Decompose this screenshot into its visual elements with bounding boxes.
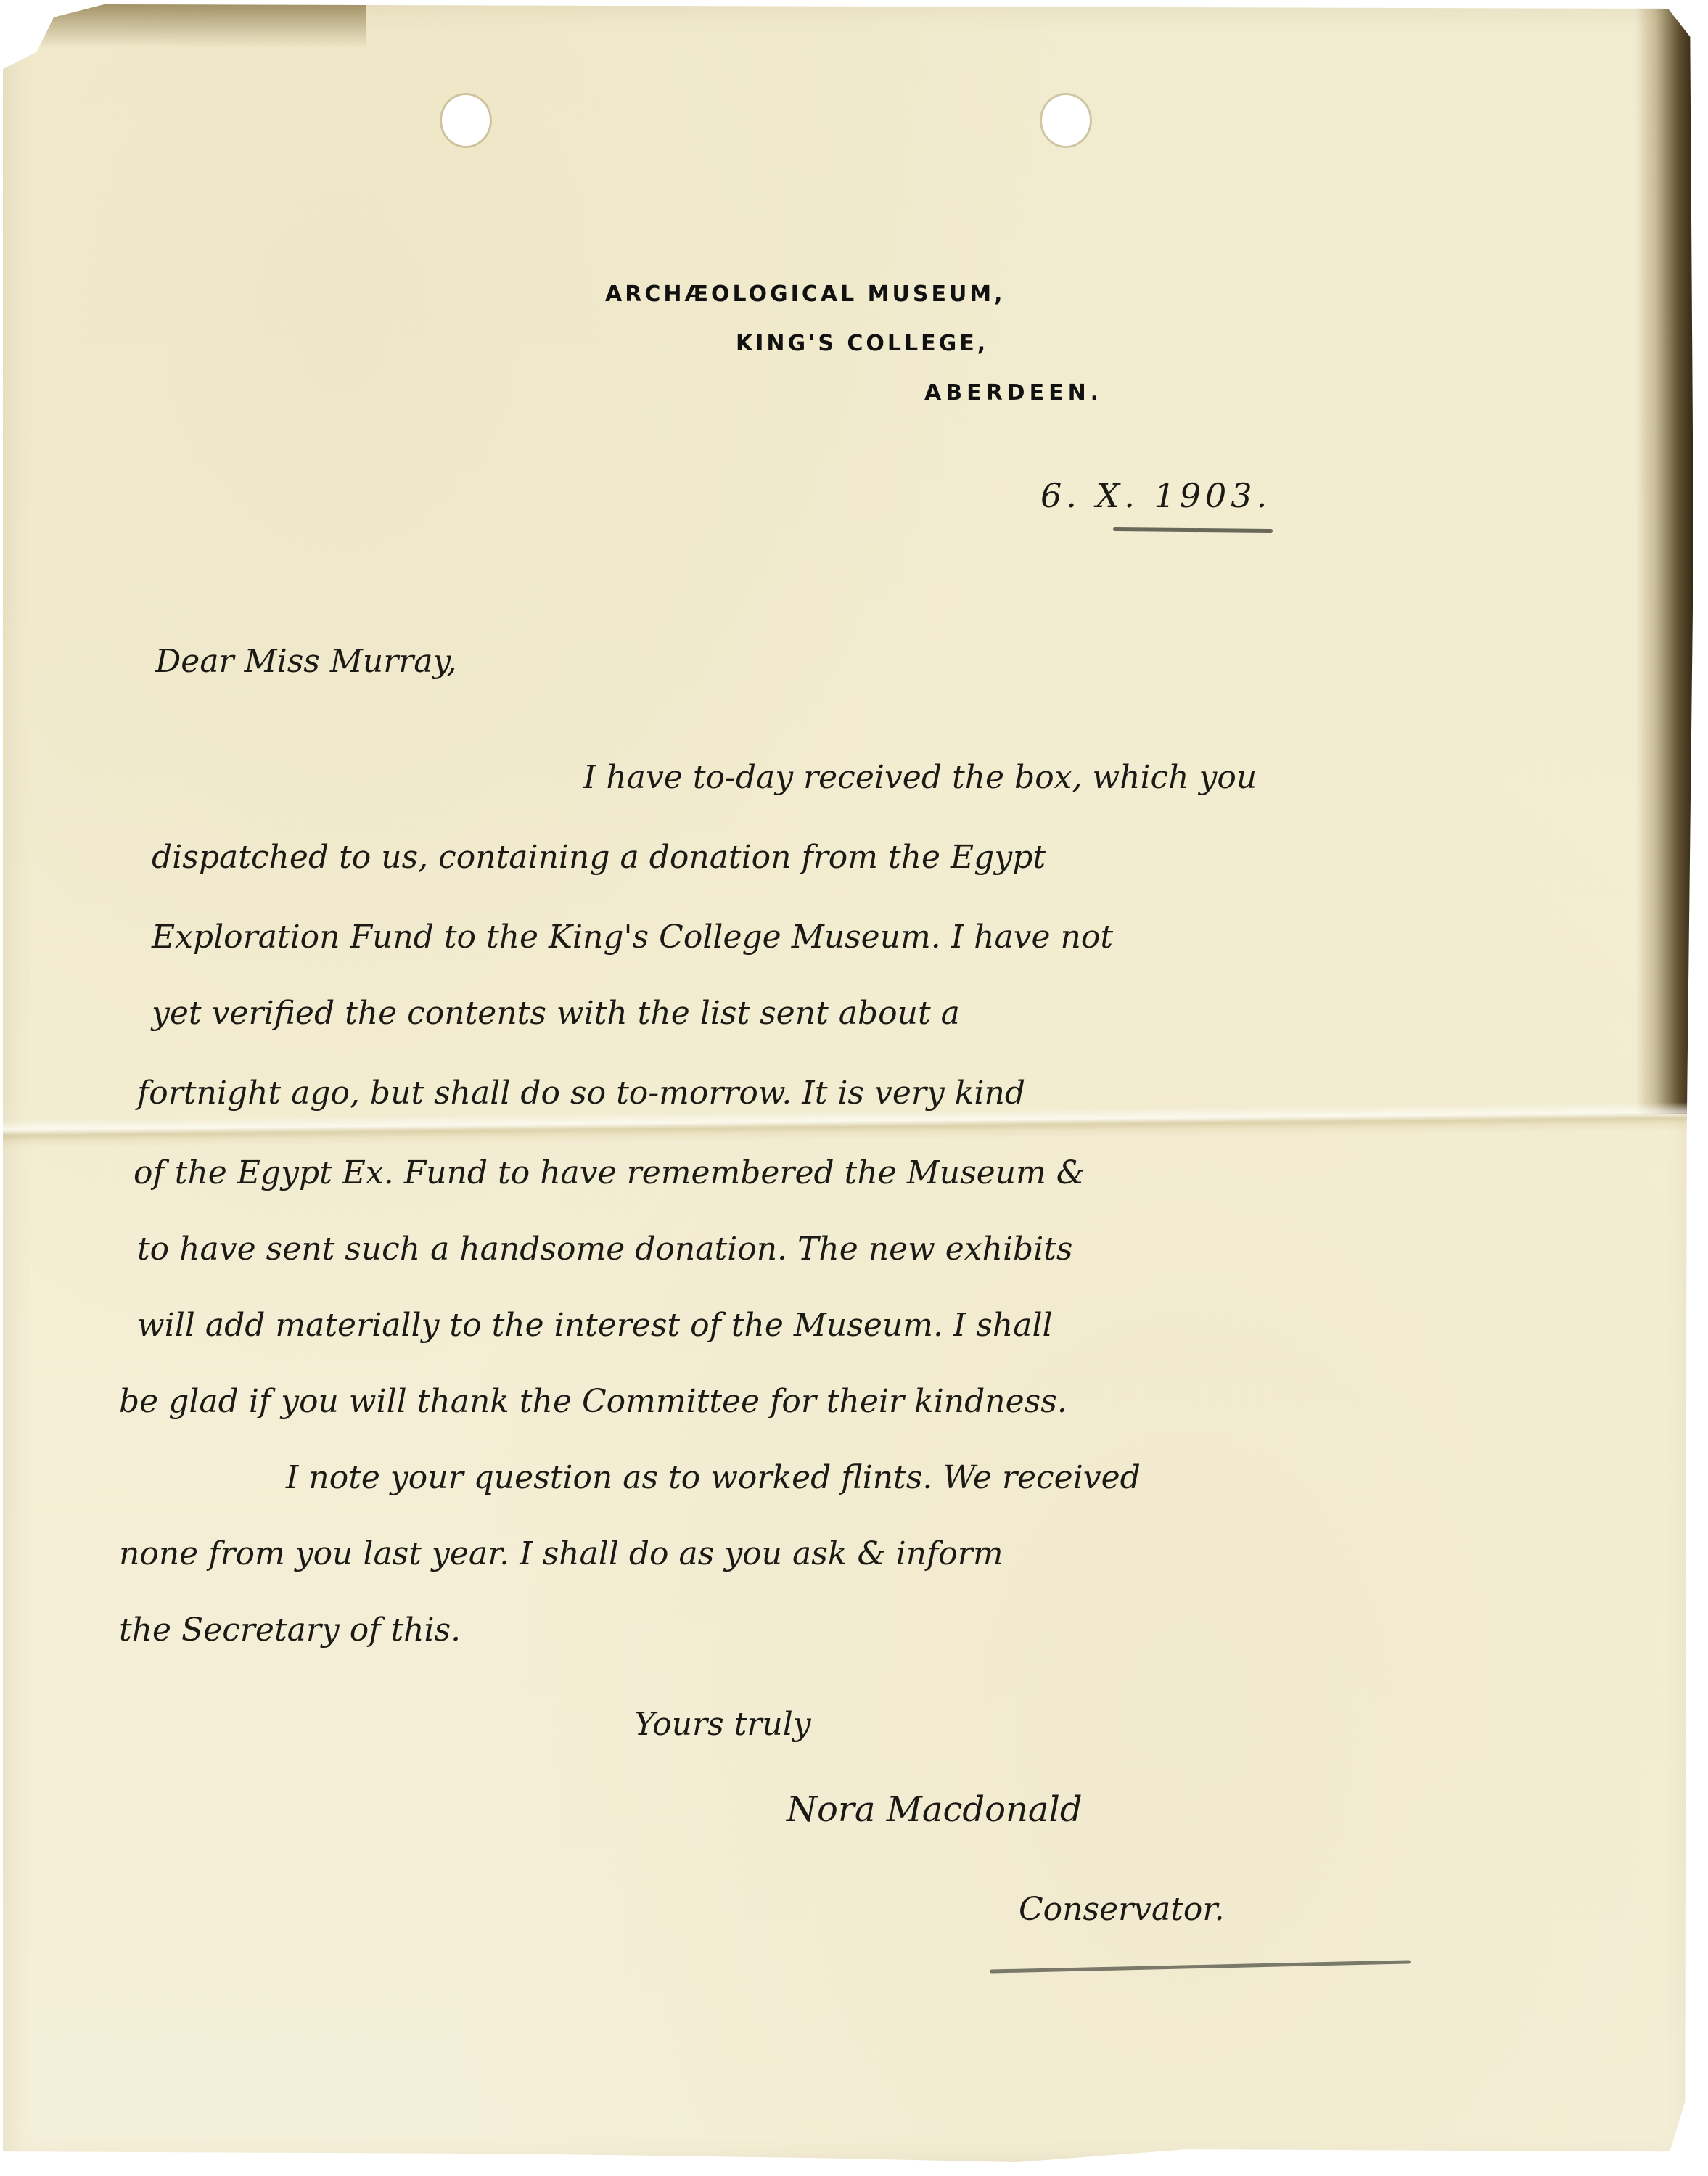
body-line: yet verified the contents with the list …: [152, 995, 960, 1032]
body-line: be glad if you will thank the Committee …: [119, 1383, 1067, 1420]
body-line: Exploration Fund to the King's College M…: [152, 919, 1113, 956]
letterhead-college: KING'S COLLEGE,: [736, 331, 988, 356]
letterhead-museum: ARCHÆOLOGICAL MUSEUM,: [605, 282, 1006, 307]
signature-underline: [990, 1960, 1411, 1973]
edge-stain-right: [1635, 4, 1693, 1114]
punch-hole-right: [1042, 95, 1090, 146]
body-line: none from you last year. I shall do as y…: [119, 1535, 1003, 1572]
body-line: of the Egypt Ex. Fund to have remembered…: [134, 1154, 1085, 1191]
salutation: Dear Miss Murray,: [155, 643, 457, 680]
letterhead-city: ABERDEEN.: [924, 380, 1103, 406]
edge-stain-top: [3, 4, 366, 48]
signatory-title: Conservator.: [1019, 1891, 1225, 1928]
closing: Yours truly: [634, 1706, 811, 1743]
body-line: will add materially to the interest of t…: [137, 1307, 1053, 1344]
body-line: I note your question as to worked flints…: [286, 1459, 1141, 1496]
body-line: the Secretary of this.: [119, 1612, 461, 1649]
signature: Nora Macdonald: [787, 1789, 1083, 1830]
letter-paper: ARCHÆOLOGICAL MUSEUM, KING'S COLLEGE, AB…: [3, 4, 1693, 2167]
body-line: to have sent such a handsome donation. T…: [137, 1231, 1073, 1268]
scan-background: ARCHÆOLOGICAL MUSEUM, KING'S COLLEGE, AB…: [0, 0, 1708, 2176]
body-line: dispatched to us, containing a donation …: [152, 839, 1046, 876]
punch-hole-left: [442, 95, 490, 146]
body-line: I have to-day received the box, which yo…: [583, 759, 1257, 796]
date-underline: [1113, 527, 1273, 533]
body-line: fortnight ago, but shall do so to-morrow…: [137, 1075, 1025, 1112]
letter-date: 6. X. 1903.: [1040, 476, 1271, 515]
